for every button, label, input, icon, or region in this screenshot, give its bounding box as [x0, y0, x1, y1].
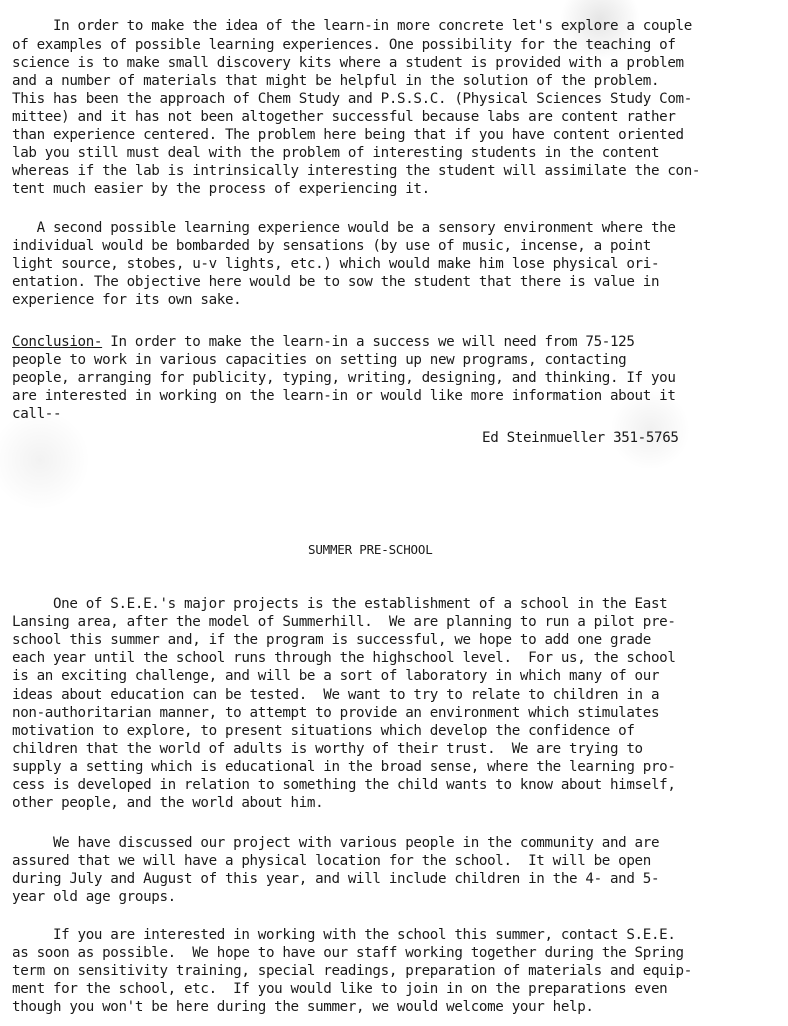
text-line: entation. The objective here would be to… [12, 273, 659, 291]
text-line: are interested in working on the learn-i… [12, 387, 676, 405]
text-line: supply a setting which is educational in… [12, 758, 676, 776]
text-line: We have discussed our project with vario… [12, 834, 659, 852]
text-line: and a number of materials that might be … [12, 72, 659, 90]
text-line: Lansing area, after the model of Summerh… [12, 613, 676, 631]
text-line: ment for the school, etc. If you would l… [12, 980, 667, 998]
text-line: year old age groups. [12, 888, 176, 906]
text-line: whereas if the lab is intrinsically inte… [12, 162, 700, 180]
text-line: during July and August of this year, and… [12, 870, 659, 888]
text-line: as soon as possible. We hope to have our… [12, 944, 684, 962]
text-line: science is to make small discovery kits … [12, 54, 684, 72]
text-line: mittee) and it has not been altogether s… [12, 108, 676, 126]
text-line: One of S.E.E.'s major projects is the es… [12, 595, 667, 613]
scanned-document-page: In order to make the idea of the learn-i… [0, 0, 788, 1026]
text-line: A second possible learning experience wo… [12, 219, 676, 237]
text-line: non-authoritarian manner, to attempt to … [12, 704, 659, 722]
text-line: light source, stobes, u-v lights, etc.) … [12, 255, 659, 273]
text-line: though you won't be here during the summ… [12, 998, 594, 1016]
text-line: assured that we will have a physical loc… [12, 852, 651, 870]
text-line: individual would be bombarded by sensati… [12, 237, 651, 255]
text-line: tent much easier by the process of exper… [12, 180, 430, 198]
signature-contact: Ed Steinmueller 351-5765 [482, 430, 679, 446]
text-line: If you are interested in working with th… [12, 926, 676, 944]
text-line: than experience centered. The problem he… [12, 126, 684, 144]
text-line: ideas about education can be tested. We … [12, 686, 659, 704]
text-line: is an exciting challenge, and will be a … [12, 667, 659, 685]
text-line: school this summer and, if the program i… [12, 631, 651, 649]
text-line: people, arranging for publicity, typing,… [12, 369, 676, 387]
text-line: call-- [12, 405, 61, 423]
text-line: each year until the school runs through … [12, 649, 676, 667]
text-line: people to work in various capacities on … [12, 351, 626, 369]
conclusion-label: Conclusion- [12, 334, 102, 350]
text-line: other people, and the world about him. [12, 794, 323, 812]
conclusion-text: In order to make the learn-in a success … [102, 334, 634, 350]
text-line: term on sensitivity training, special re… [12, 962, 692, 980]
text-line: Conclusion- In order to make the learn-i… [12, 333, 635, 351]
text-line: cess is developed in relation to somethi… [12, 776, 676, 794]
text-line: This has been the approach of Chem Study… [12, 90, 692, 108]
text-line: children that the world of adults is wor… [12, 740, 643, 758]
text-line: lab you still must deal with the problem… [12, 144, 659, 162]
section-title: SUMMER PRE-SCHOOL [308, 542, 433, 557]
text-line: of examples of possible learning experie… [12, 36, 676, 54]
text-line: experience for its own sake. [12, 291, 241, 309]
text-line: In order to make the idea of the learn-i… [12, 17, 692, 35]
text-line: motivation to explore, to present situat… [12, 722, 635, 740]
